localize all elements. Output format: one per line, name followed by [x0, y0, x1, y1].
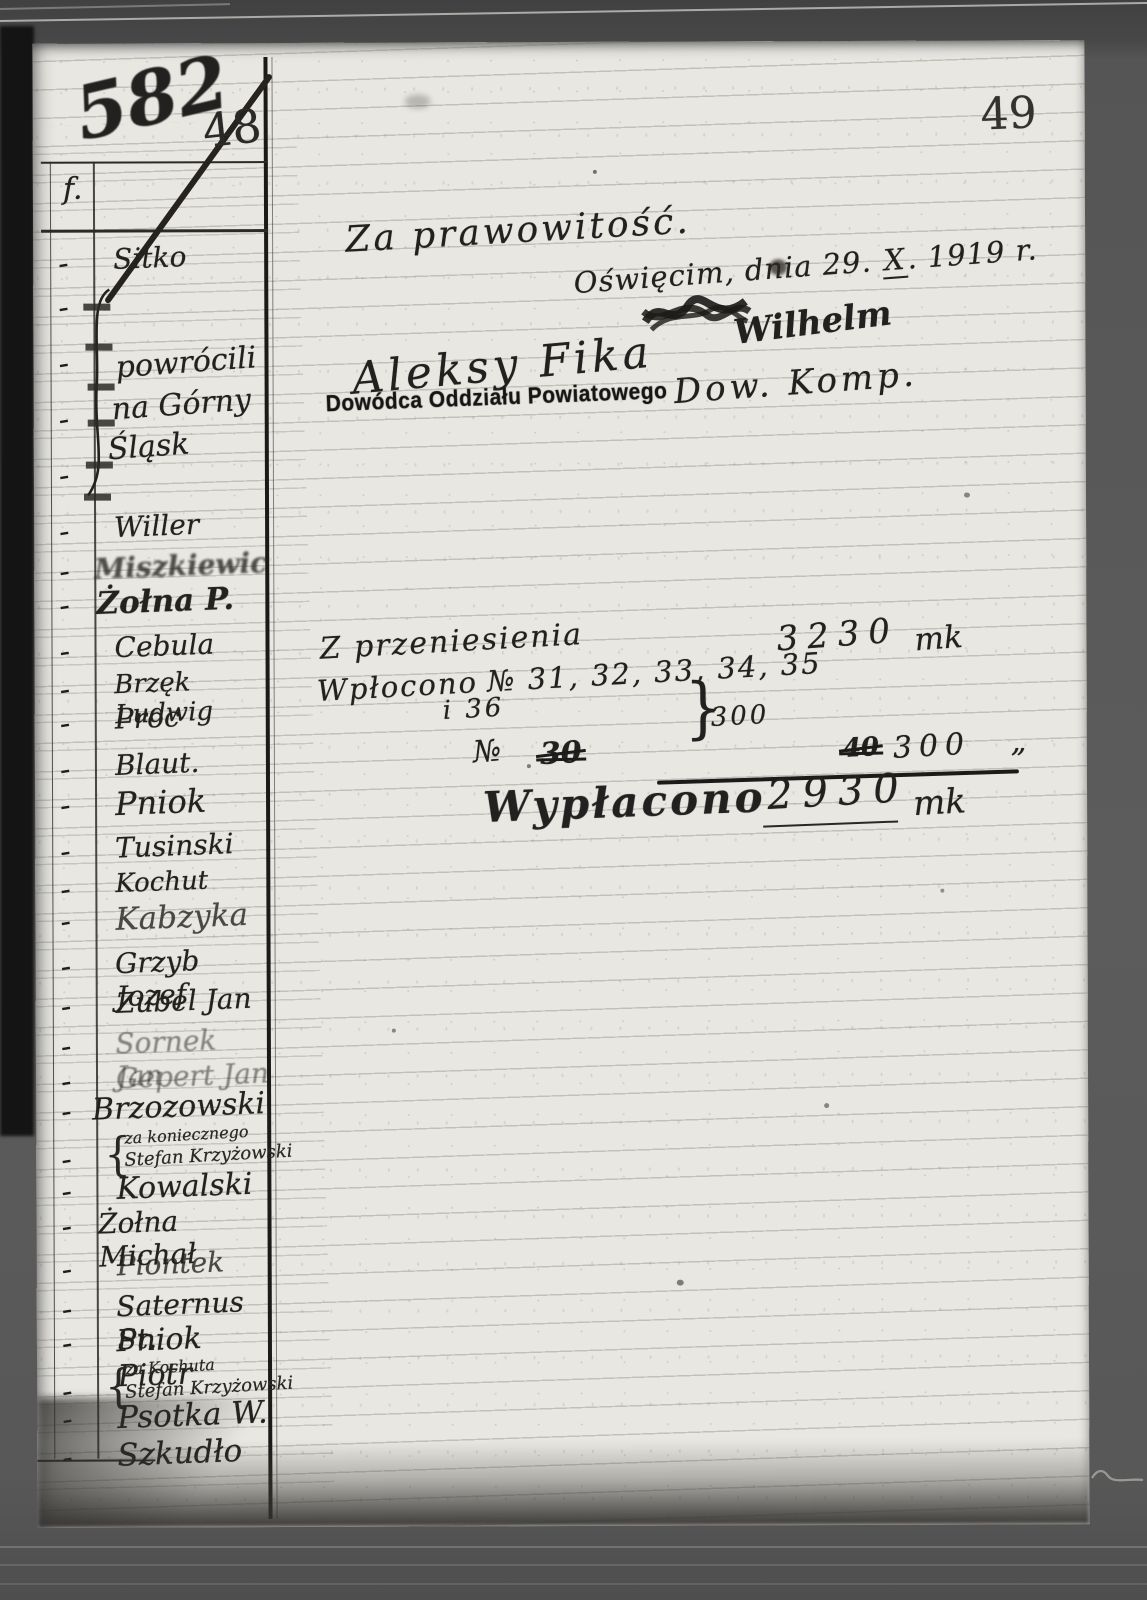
entry-name: Kowalski	[116, 1167, 253, 1207]
entry-dash: –	[59, 1099, 73, 1124]
entry-dash: –	[59, 909, 73, 934]
entry-name: Piontek	[116, 1245, 225, 1282]
folio-prev-number: 48	[200, 98, 264, 158]
entry-dash: –	[60, 1297, 74, 1322]
carryover-currency: mk	[913, 619, 964, 658]
register-row: – Pniok	[55, 783, 270, 824]
entry-name: Żołna P.	[96, 581, 235, 622]
entry-name: Sitko	[113, 240, 187, 276]
crossed-amount-wrap: 40	[842, 732, 880, 764]
entry-name: Willer	[113, 508, 199, 544]
entry-name: Kochut	[115, 866, 209, 900]
total-currency: mk	[912, 781, 967, 824]
register-row: – Cebula	[54, 629, 269, 670]
entry-name: Tusinski	[115, 827, 235, 865]
entry-name: Kabzyka	[115, 897, 249, 938]
group-brace-tick	[84, 494, 111, 501]
entry-dash: –	[56, 251, 70, 276]
entry-dash: –	[59, 1034, 73, 1059]
crossed-receipt-number: 30	[539, 735, 583, 772]
paid-numbers-cont: i 36	[442, 693, 505, 726]
correction-amount: 300	[892, 727, 972, 766]
column-header-mark: f.	[63, 172, 83, 207]
paper-speck	[940, 889, 944, 893]
entry-name: Cebula	[114, 627, 215, 664]
register-row: – Willer	[54, 509, 269, 550]
entry-dash: –	[57, 519, 71, 544]
scan-bottom-streak	[0, 1546, 1147, 1548]
ditto-mark: „	[1011, 724, 1027, 759]
register-row: – Zubel Jan	[56, 984, 271, 1025]
entry-dash: –	[58, 639, 72, 664]
folio-current-number: 49	[980, 87, 1038, 140]
paper-speck	[392, 1029, 396, 1033]
entry-name: Blaut.	[114, 746, 200, 782]
paper-speck	[527, 764, 531, 768]
register-row: – Grzyb Jozef	[56, 944, 271, 985]
place-date-month: X	[880, 242, 908, 280]
entry-dash: –	[60, 1257, 74, 1282]
ink-blot	[769, 259, 787, 275]
margin-pen-curl	[1090, 1462, 1145, 1492]
entry-dash: –	[58, 593, 72, 618]
group-brace-tick	[83, 304, 110, 311]
entry-name: Proc	[114, 700, 180, 735]
group-brace-tick	[85, 344, 112, 351]
total-amount: 2930	[766, 765, 910, 819]
entry-dash: –	[59, 994, 73, 1019]
register-row: – Sitko	[53, 241, 268, 282]
register-row: – Piontek	[57, 1247, 272, 1288]
paper-speck	[824, 1103, 829, 1108]
crossed-number-wrap: 30	[539, 735, 583, 772]
group-note-line3: Śląsk	[107, 426, 191, 467]
register-row: – Żołna Michał	[56, 1204, 271, 1245]
entry-dash: –	[59, 877, 73, 902]
group-brace-tick	[88, 420, 115, 427]
entry-name: Miszkiewic	[94, 546, 268, 586]
register-row: – Proc	[55, 701, 270, 742]
entry-dash: –	[60, 1214, 74, 1239]
entry-dash: –	[57, 559, 71, 584]
entry-dash: –	[59, 954, 73, 979]
ink-blot-small	[405, 94, 431, 108]
register-row: – Tusinski	[55, 829, 270, 870]
crossed-amount: 40	[842, 732, 880, 764]
paper-speck	[964, 493, 970, 498]
entry-name: Pniok	[114, 782, 206, 823]
entry-dash: –	[60, 1331, 74, 1356]
scanner-artifact-line-short	[0, 3, 230, 10]
entry-name: Zubel Jan	[115, 982, 252, 1020]
group-brace-tick	[88, 384, 115, 391]
scanned-archive-sheet: { "marks": { "dash": "–", "brace_open": …	[0, 0, 1147, 1600]
register-row: – Kabzyka	[55, 899, 270, 940]
entry-dash: –	[58, 711, 72, 736]
correction-no-label: №	[472, 733, 503, 770]
entry-dash: –	[58, 839, 72, 864]
entry-dash: –	[58, 757, 72, 782]
ledger-page: 582 48 49 f. Za prawowitość. Oświęcim, d…	[32, 40, 1089, 1528]
scan-left-shadow	[0, 26, 34, 1136]
paid-amount: 300	[710, 700, 770, 733]
entry-dash: –	[60, 1179, 74, 1204]
register-row: – Blaut.	[55, 747, 270, 788]
scan-bottom-streak	[0, 1583, 1147, 1585]
paper-speck	[677, 1280, 684, 1286]
entry-dash: –	[58, 677, 72, 702]
page-corner-shadow	[37, 1397, 277, 1528]
entry-dash: –	[58, 793, 72, 818]
scan-bottom-streak	[0, 1564, 1147, 1566]
paper-speck	[593, 170, 597, 174]
register-row: – Żołna P.	[54, 583, 269, 624]
register-row: – Pniok Piotr	[57, 1321, 272, 1362]
